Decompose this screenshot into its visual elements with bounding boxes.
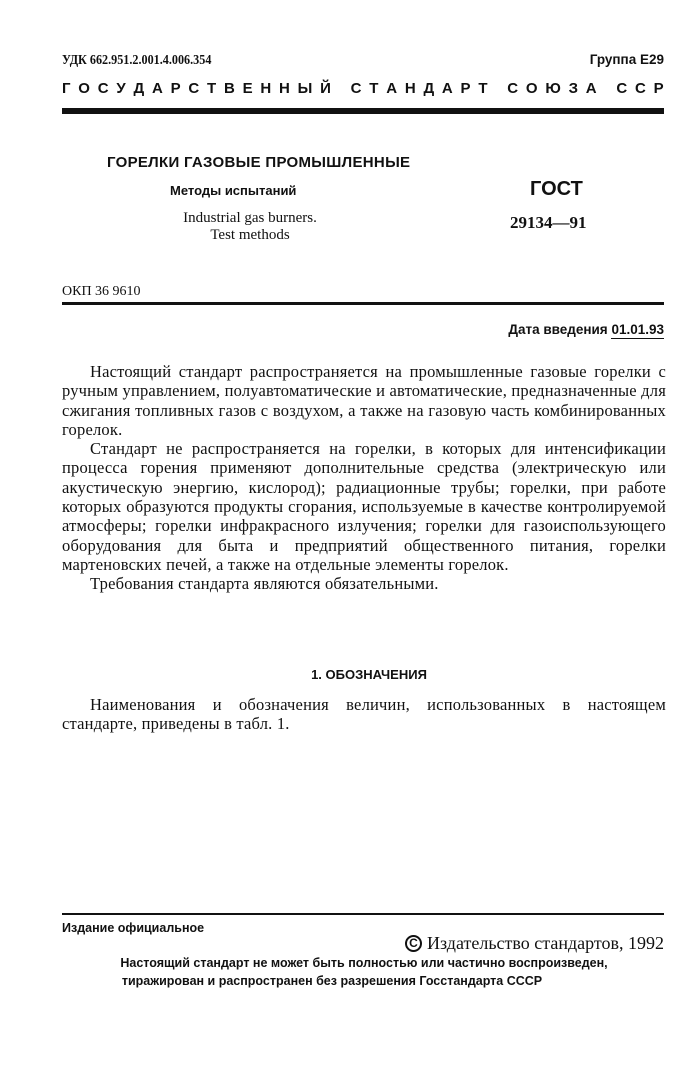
paragraph-exclusions: Стандарт не распространяется на горелки,… xyxy=(62,439,666,574)
official-edition: Издание официальное xyxy=(62,921,204,935)
heading-letter: У xyxy=(116,80,125,97)
heading-letter: С xyxy=(188,80,199,97)
heading-letter: Р xyxy=(461,80,471,97)
heading-letter: А xyxy=(586,80,597,97)
okp-divider xyxy=(62,302,664,305)
heading-letter: С xyxy=(635,80,646,97)
udk-code: УДК 662.951.2.001.4.006.354 xyxy=(62,52,211,68)
heading-letter: О xyxy=(526,80,538,97)
heading-letter: Д xyxy=(423,80,434,97)
paragraph-designations: Наименования и обозначения величин, испо… xyxy=(62,695,666,734)
heading-letter: Ю xyxy=(545,80,560,97)
document-title: ГОРЕЛКИ ГАЗОВЫЕ ПРОМЫШЛЕННЫЕ xyxy=(107,154,410,171)
group-code: Группа Е29 xyxy=(590,52,664,67)
gost-label: ГОСТ xyxy=(530,178,583,201)
reproduction-notice-line1: Настоящий стандарт не может быть полност… xyxy=(62,956,666,970)
heading-letter xyxy=(495,80,499,97)
heading-letter: С xyxy=(507,80,518,97)
heading-letter: Г xyxy=(62,80,71,97)
heading-letter: Т xyxy=(478,80,487,97)
heading-letter: Р xyxy=(654,80,664,97)
heading-letter: О xyxy=(78,80,90,97)
scope-section: Настоящий стандарт распространяется на п… xyxy=(62,362,666,594)
heading-letter: Т xyxy=(369,80,378,97)
date-value: 01.01.93 xyxy=(611,322,664,339)
paragraph-requirements: Требования стандарта являются обязательн… xyxy=(62,574,666,593)
introduction-date: Дата введения 01.01.93 xyxy=(508,322,664,337)
heading-letter: Т xyxy=(207,80,216,97)
heading-letter xyxy=(339,80,343,97)
gost-number: 29134—91 xyxy=(510,213,587,233)
heading-letter xyxy=(604,80,608,97)
section-heading: 1. ОБОЗНАЧЕНИЯ xyxy=(0,667,700,682)
copyright-line: C Издательство стандартов, 1992 xyxy=(405,933,664,954)
english-title: Industrial gas burners. Test methods xyxy=(150,210,350,244)
heading-letter: Н xyxy=(279,80,290,97)
top-divider xyxy=(62,108,664,114)
english-title-line2: Test methods xyxy=(150,227,350,244)
heading-letter: Р xyxy=(171,80,181,97)
paragraph-scope: Настоящий стандарт распространяется на п… xyxy=(62,362,666,439)
heading-letter: Й xyxy=(320,80,331,97)
heading-letter: С xyxy=(616,80,627,97)
heading-letter: В xyxy=(224,80,235,97)
document-subtitle: Методы испытаний xyxy=(170,183,296,198)
copyright-text: Издательство стандартов, 1992 xyxy=(427,933,664,954)
heading-letter: Д xyxy=(134,80,145,97)
heading-letter: А xyxy=(152,80,163,97)
heading-letter: Н xyxy=(260,80,271,97)
heading-letter: Н xyxy=(405,80,416,97)
english-title-line1: Industrial gas burners. xyxy=(150,210,350,227)
heading-letter: Ы xyxy=(298,80,313,97)
heading-letter: А xyxy=(386,80,397,97)
state-standard-heading: ГОСУДАРСТВЕННЫЙ СТАНДАРТ СОЮЗА ССР xyxy=(62,80,664,97)
footer-divider xyxy=(62,913,664,915)
designations-section: Наименования и обозначения величин, испо… xyxy=(62,695,666,734)
heading-letter: З xyxy=(569,80,578,97)
heading-letter: С xyxy=(351,80,362,97)
okp-code: ОКП 36 9610 xyxy=(62,284,141,300)
copyright-icon: C xyxy=(405,935,422,952)
heading-letter: А xyxy=(442,80,453,97)
heading-letter: Е xyxy=(243,80,253,97)
reproduction-notice-line2: тиражирован и распространен без разрешен… xyxy=(62,974,602,988)
heading-letter: С xyxy=(98,80,109,97)
date-label: Дата введения xyxy=(508,322,607,337)
